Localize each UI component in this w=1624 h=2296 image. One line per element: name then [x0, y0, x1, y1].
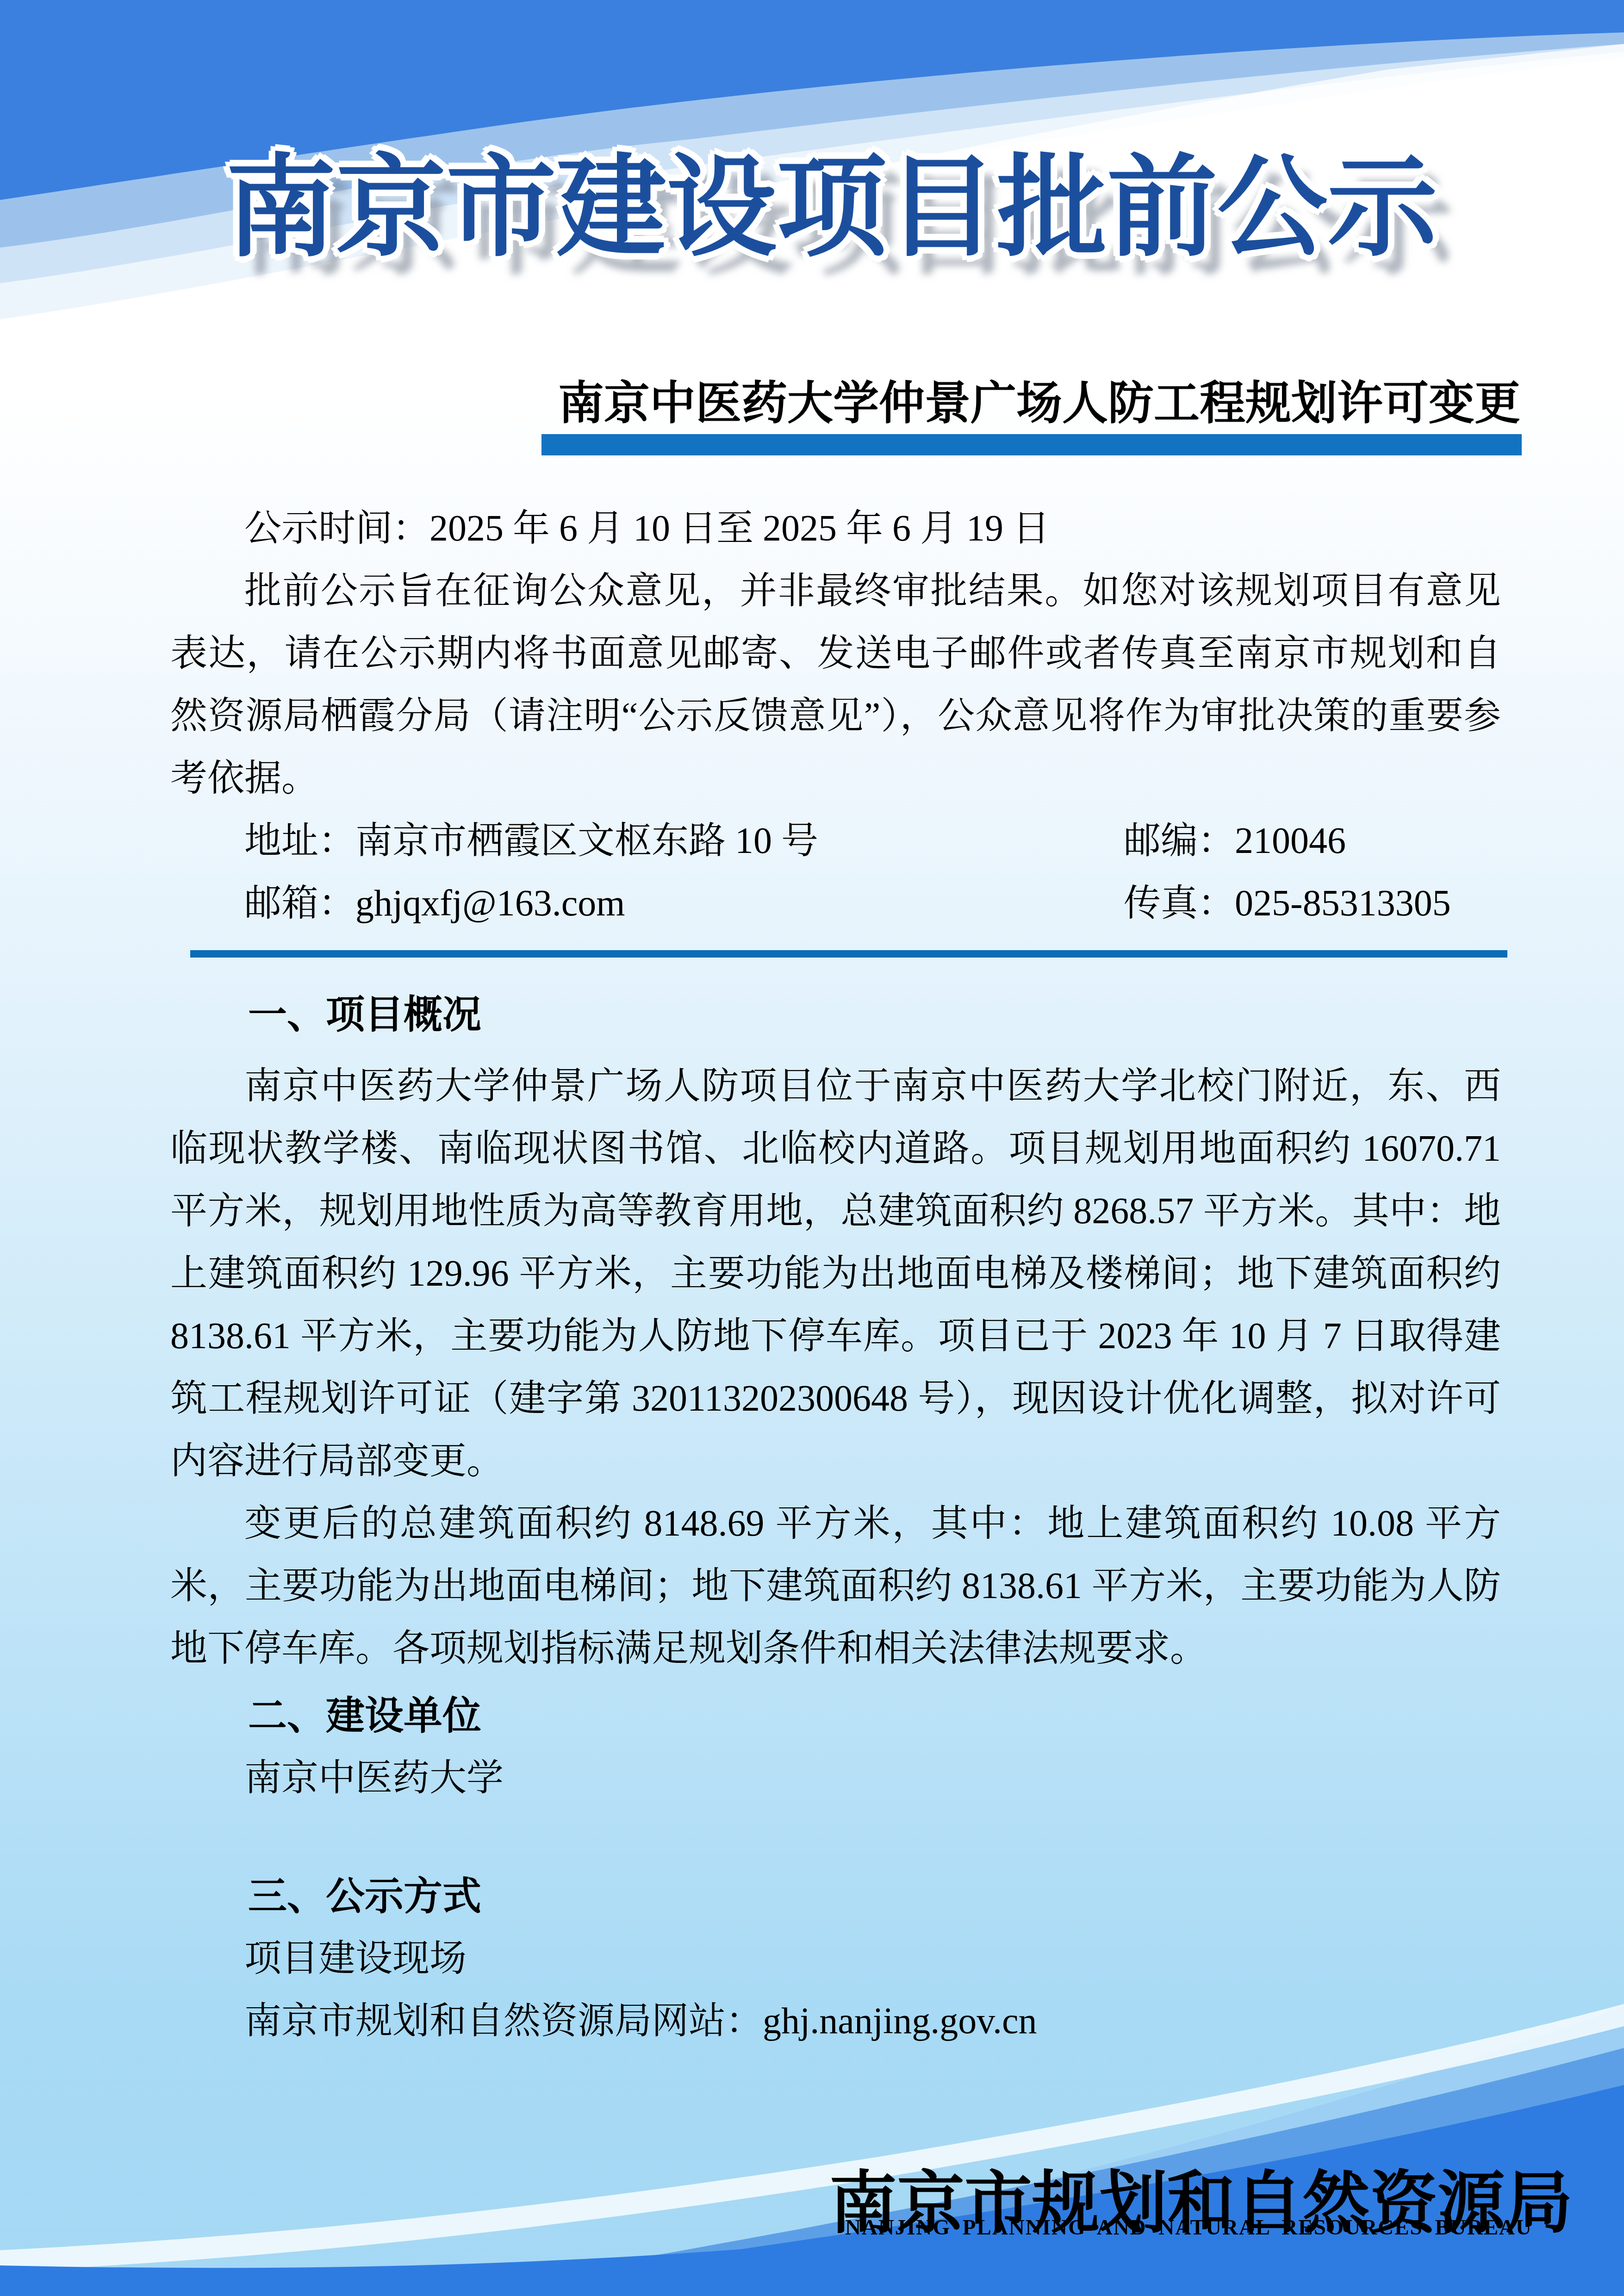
email-text: ghjqxfj@163.com — [355, 883, 625, 924]
fax-label: 传真： — [1124, 883, 1235, 924]
publicity-period-line: 公示时间：2025 年 6 月 10 日至 2025 年 6 月 19 日 — [170, 498, 1501, 560]
footer-bureau-name-en: NANJING PLANNING AND NATURAL RESOURCES B… — [845, 2215, 1532, 2240]
website-text: 南京市规划和自然资源局网站：ghj.nanjing.gov.cn — [170, 1990, 1501, 2053]
address-label: 地址： — [244, 821, 355, 861]
sections-2-3: 二、建设单位 南京中医药大学 三、公示方式 项目建设现场 南京市规划和自然资源局… — [170, 1685, 1501, 2053]
email-line: 邮箱：ghjqxfj@163.com — [170, 872, 1124, 935]
notice-poster: 南京市建设项目批前公示 南京中医药大学仲景广场人防工程规划许可变更 公示时间：2… — [0, 0, 1624, 2296]
subtitle-underline-bar — [541, 434, 1522, 455]
fax-value: 025-85313305 — [1235, 883, 1451, 924]
section-project-overview: 一、项目概况 南京中医药大学仲景广场人防项目位于南京中医药大学北校门附近，东、西… — [170, 983, 1501, 1680]
postcode-label: 邮编： — [1124, 821, 1235, 861]
overview-paragraph-2: 变更后的总建筑面积约 8148.69 平方米，其中：地上建筑面积约 10.08 … — [170, 1493, 1501, 1680]
section-heading-2: 二、建设单位 — [170, 1685, 1501, 1747]
fax-line: 传真：025-85313305 — [1124, 872, 1501, 935]
construction-unit-name: 南京中医药大学 — [170, 1747, 1501, 1810]
postcode-value: 210046 — [1235, 821, 1346, 861]
email-label: 邮箱： — [244, 883, 355, 924]
contact-row-1: 地址：南京市栖霞区文枢东路 10 号 邮编：210046 — [170, 810, 1501, 872]
section-heading-1: 一、项目概况 — [170, 983, 1501, 1046]
publicity-site-line: 项目建设现场 — [170, 1928, 1501, 1990]
section-heading-3: 三、公示方式 — [170, 1865, 1501, 1928]
address-line: 地址：南京市栖霞区文枢东路 10 号 — [170, 810, 1124, 872]
contact-row-2: 邮箱：ghjqxfj@163.com 传真：025-85313305 — [170, 872, 1501, 935]
section-construction-unit: 二、建设单位 南京中医药大学 — [170, 1685, 1501, 1810]
page-title: 南京市建设项目批前公示 — [226, 147, 1437, 271]
intro-block: 公示时间：2025 年 6 月 10 日至 2025 年 6 月 19 日 批前… — [170, 498, 1501, 935]
address-value: 南京市栖霞区文枢东路 10 号 — [355, 821, 818, 861]
overview-paragraph-1: 南京中医药大学仲景广场人防项目位于南京中医药大学北校门附近，东、西临现状教学楼、… — [170, 1055, 1501, 1493]
project-subtitle: 南京中医药大学仲景广场人防工程规划许可变更 — [558, 367, 1520, 432]
section-divider-bar — [190, 950, 1507, 958]
section-publicity-method: 三、公示方式 项目建设现场 南京市规划和自然资源局网站：ghj.nanjing.… — [170, 1865, 1501, 2053]
intro-paragraph: 批前公示旨在征询公众意见，并非最终审批结果。如您对该规划项目有意见表达，请在公示… — [170, 560, 1501, 810]
postcode-line: 邮编：210046 — [1124, 810, 1501, 872]
